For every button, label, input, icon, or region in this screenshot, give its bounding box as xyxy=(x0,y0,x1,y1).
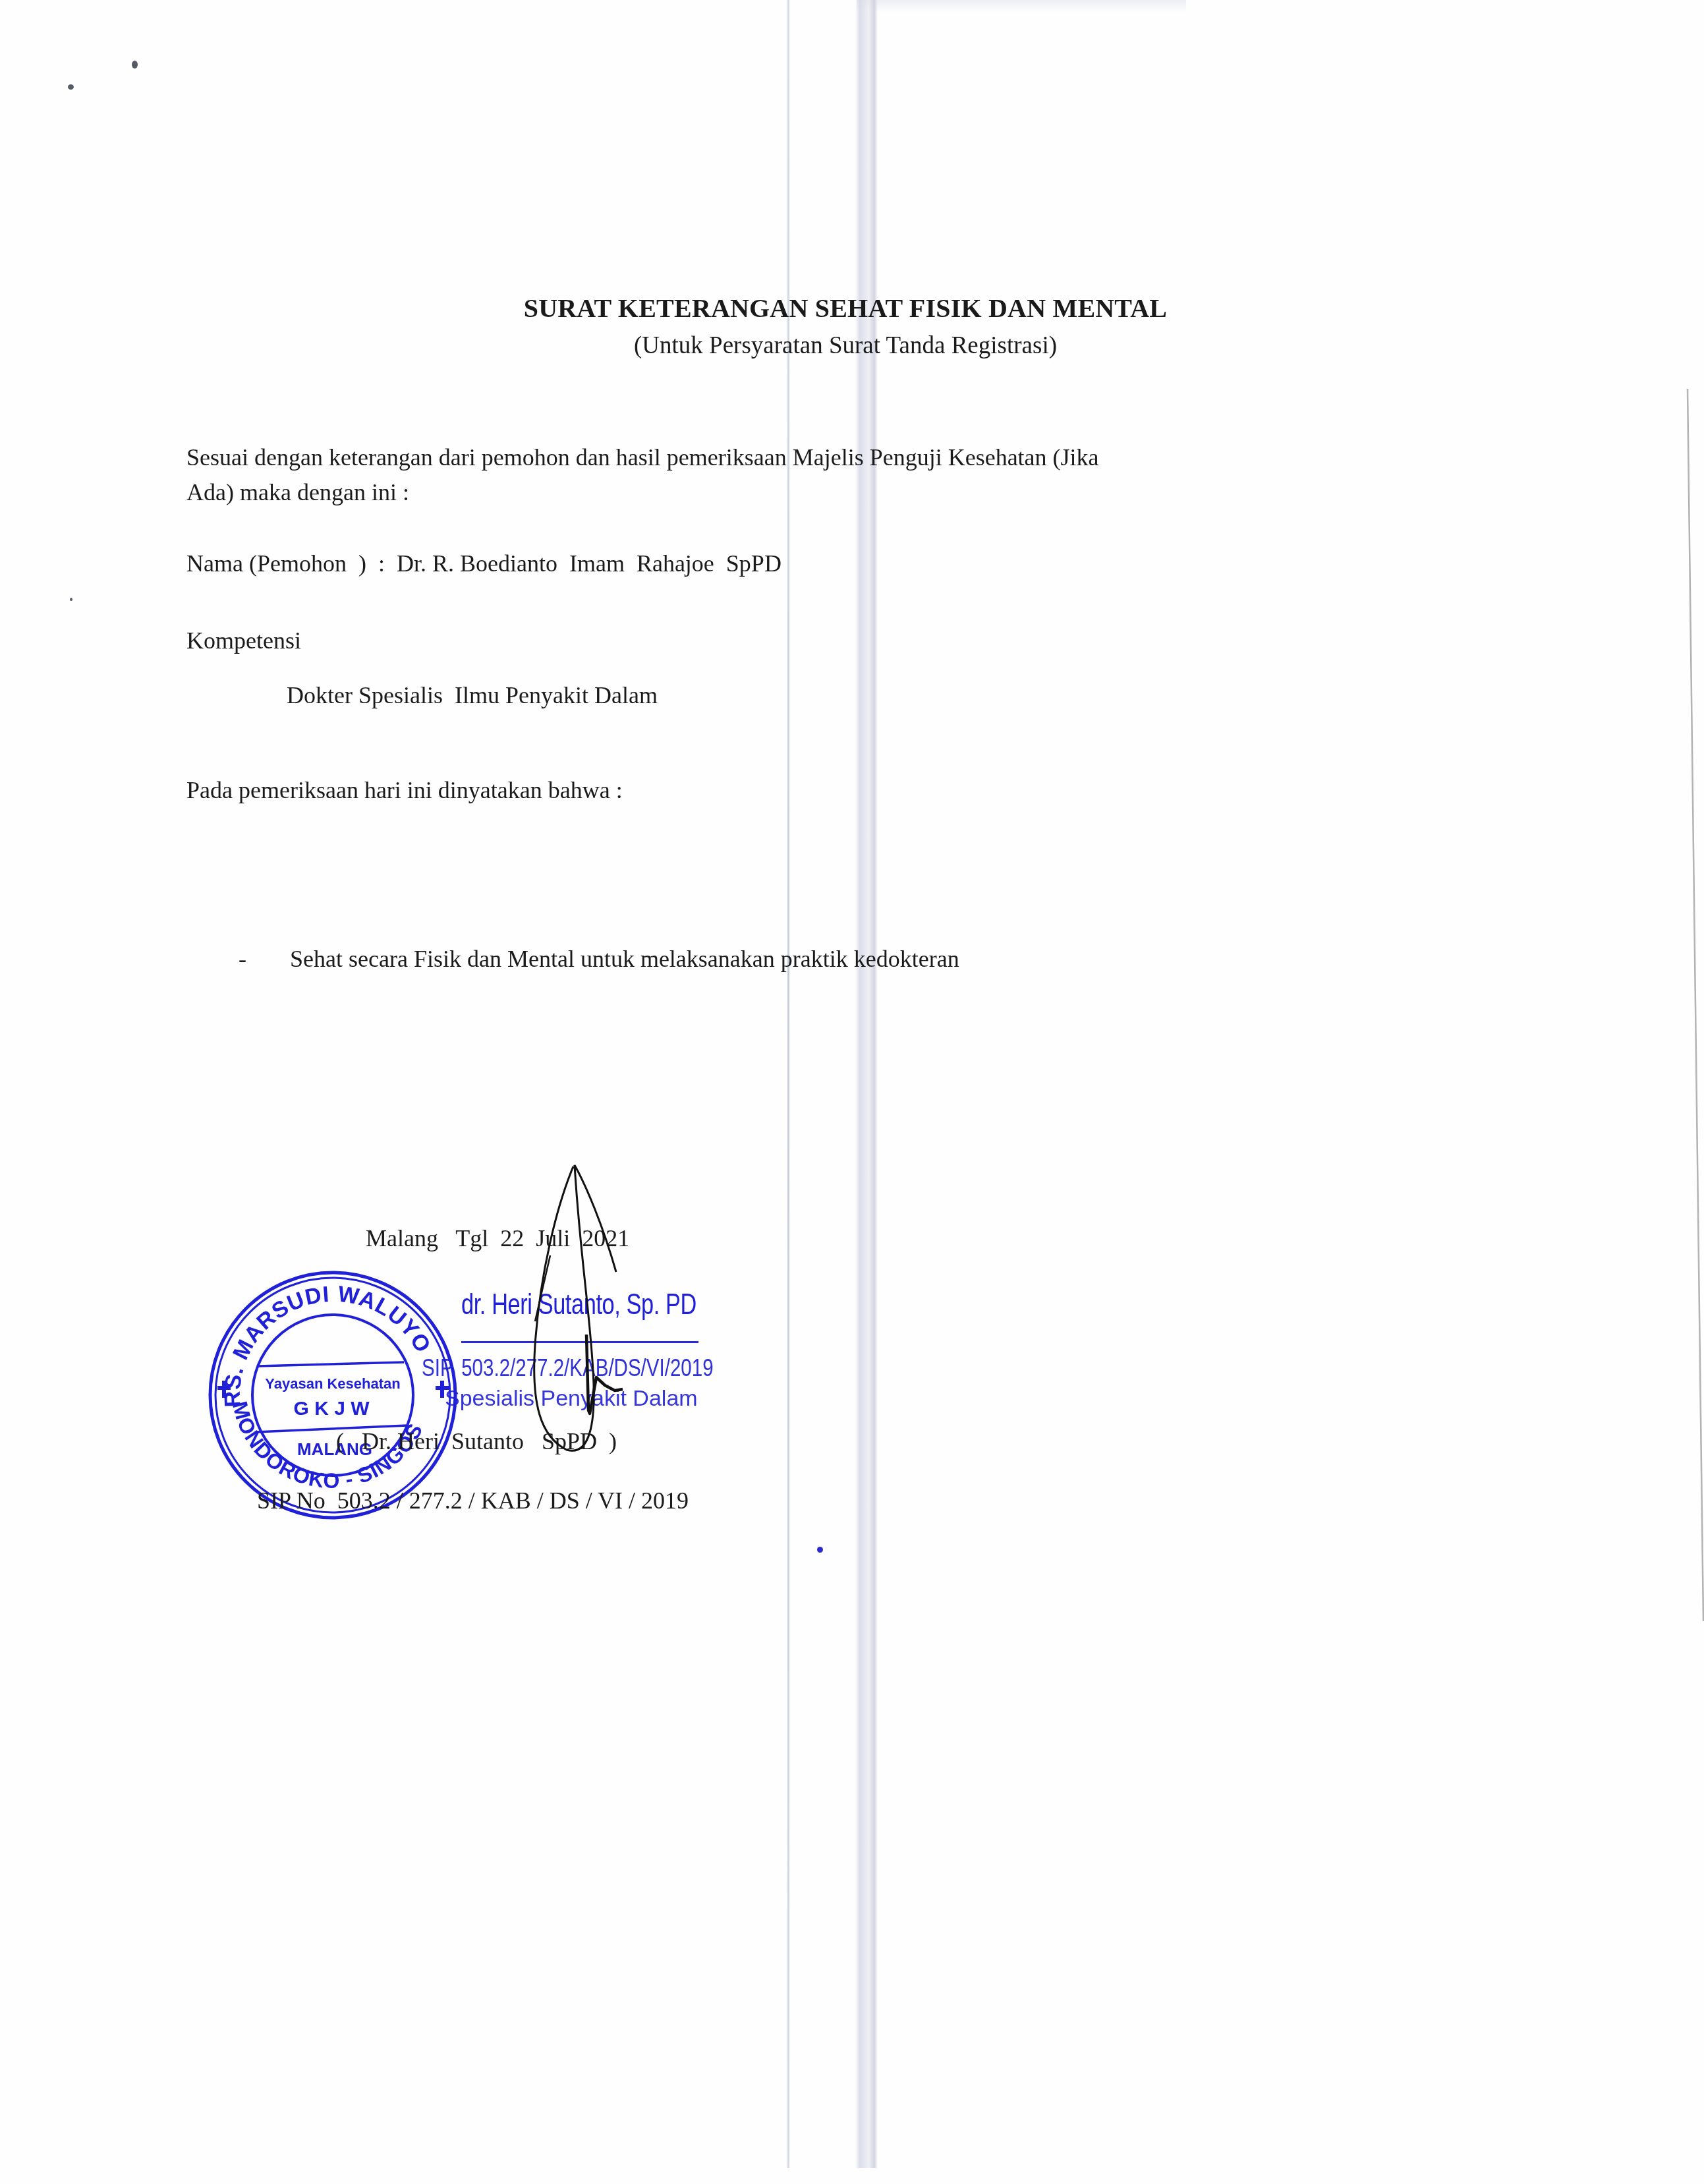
document-title: SURAT KETERANGAN SEHAT FISIK DAN MENTAL xyxy=(0,295,1691,322)
doctor-name-stamp: dr. Heri Sutanto, Sp. PD SIP. 503.2/277.… xyxy=(461,1288,745,1427)
signer-name: ( Dr. Heri Sutanto SpPD ) xyxy=(336,1429,617,1453)
scan-speck xyxy=(132,61,138,69)
scan-speck xyxy=(68,84,74,90)
paper-edge-line xyxy=(0,0,1704,2184)
scan-top-band xyxy=(857,0,1186,12)
place-and-date: Malang Tgl 22 Juli 2021 xyxy=(366,1226,629,1250)
name-stamp-specialty: Spesialis Penyakit Dalam xyxy=(445,1386,698,1412)
name-stamp-name: dr. Heri Sutanto, Sp. PD xyxy=(461,1288,696,1321)
applicant-label: Nama (Pemohon ) : xyxy=(186,550,385,577)
stamp-inner-line-1: Yayasan Kesehatan xyxy=(265,1375,400,1392)
name-stamp-rule xyxy=(461,1341,698,1343)
scanned-document-page: SURAT KETERANGAN SEHAT FISIK DAN MENTAL … xyxy=(0,0,1704,2184)
competence-value: Dokter Spesialis Ilmu Penyakit Dalam xyxy=(287,683,658,707)
scan-speck xyxy=(70,598,72,601)
hospital-round-stamp: RS. MARSUDI WALUYO MONDOROKO - SINGOSARI… xyxy=(206,1269,460,1522)
applicant-name: Dr. R. Boedianto Imam Rahajoe SpPD xyxy=(397,550,781,577)
statement-intro: Pada pemeriksaan hari ini dinyatakan bah… xyxy=(186,778,623,802)
document-subtitle: (Untuk Persyaratan Surat Tanda Registras… xyxy=(0,333,1691,358)
finding-bullet: - xyxy=(239,947,246,971)
intro-paragraph-line-1: Sesuai dengan keterangan dari pemohon da… xyxy=(186,445,1099,469)
applicant-row: Nama (Pemohon ) : Dr. R. Boedianto Imam … xyxy=(186,552,781,575)
name-stamp-sip: SIP. 503.2/277.2/KAB/DS/VI/2019 xyxy=(422,1354,714,1382)
intro-paragraph-line-2: Ada) maka dengan ini : xyxy=(186,480,409,504)
stamp-inner-line-2: G K J W xyxy=(293,1398,370,1420)
signer-sip-number: SIP No 503.2 / 277.2 / KAB / DS / VI / 2… xyxy=(257,1489,689,1512)
scan-line-thin xyxy=(787,0,789,2168)
cross-icon xyxy=(436,1381,449,1398)
stamp-ink-speck xyxy=(817,1547,823,1553)
finding-text: Sehat secara Fisik dan Mental untuk mela… xyxy=(290,947,959,971)
scan-line-wide xyxy=(855,0,878,2168)
competence-label: Kompetensi xyxy=(186,629,301,652)
handwritten-signature xyxy=(0,0,1704,2184)
